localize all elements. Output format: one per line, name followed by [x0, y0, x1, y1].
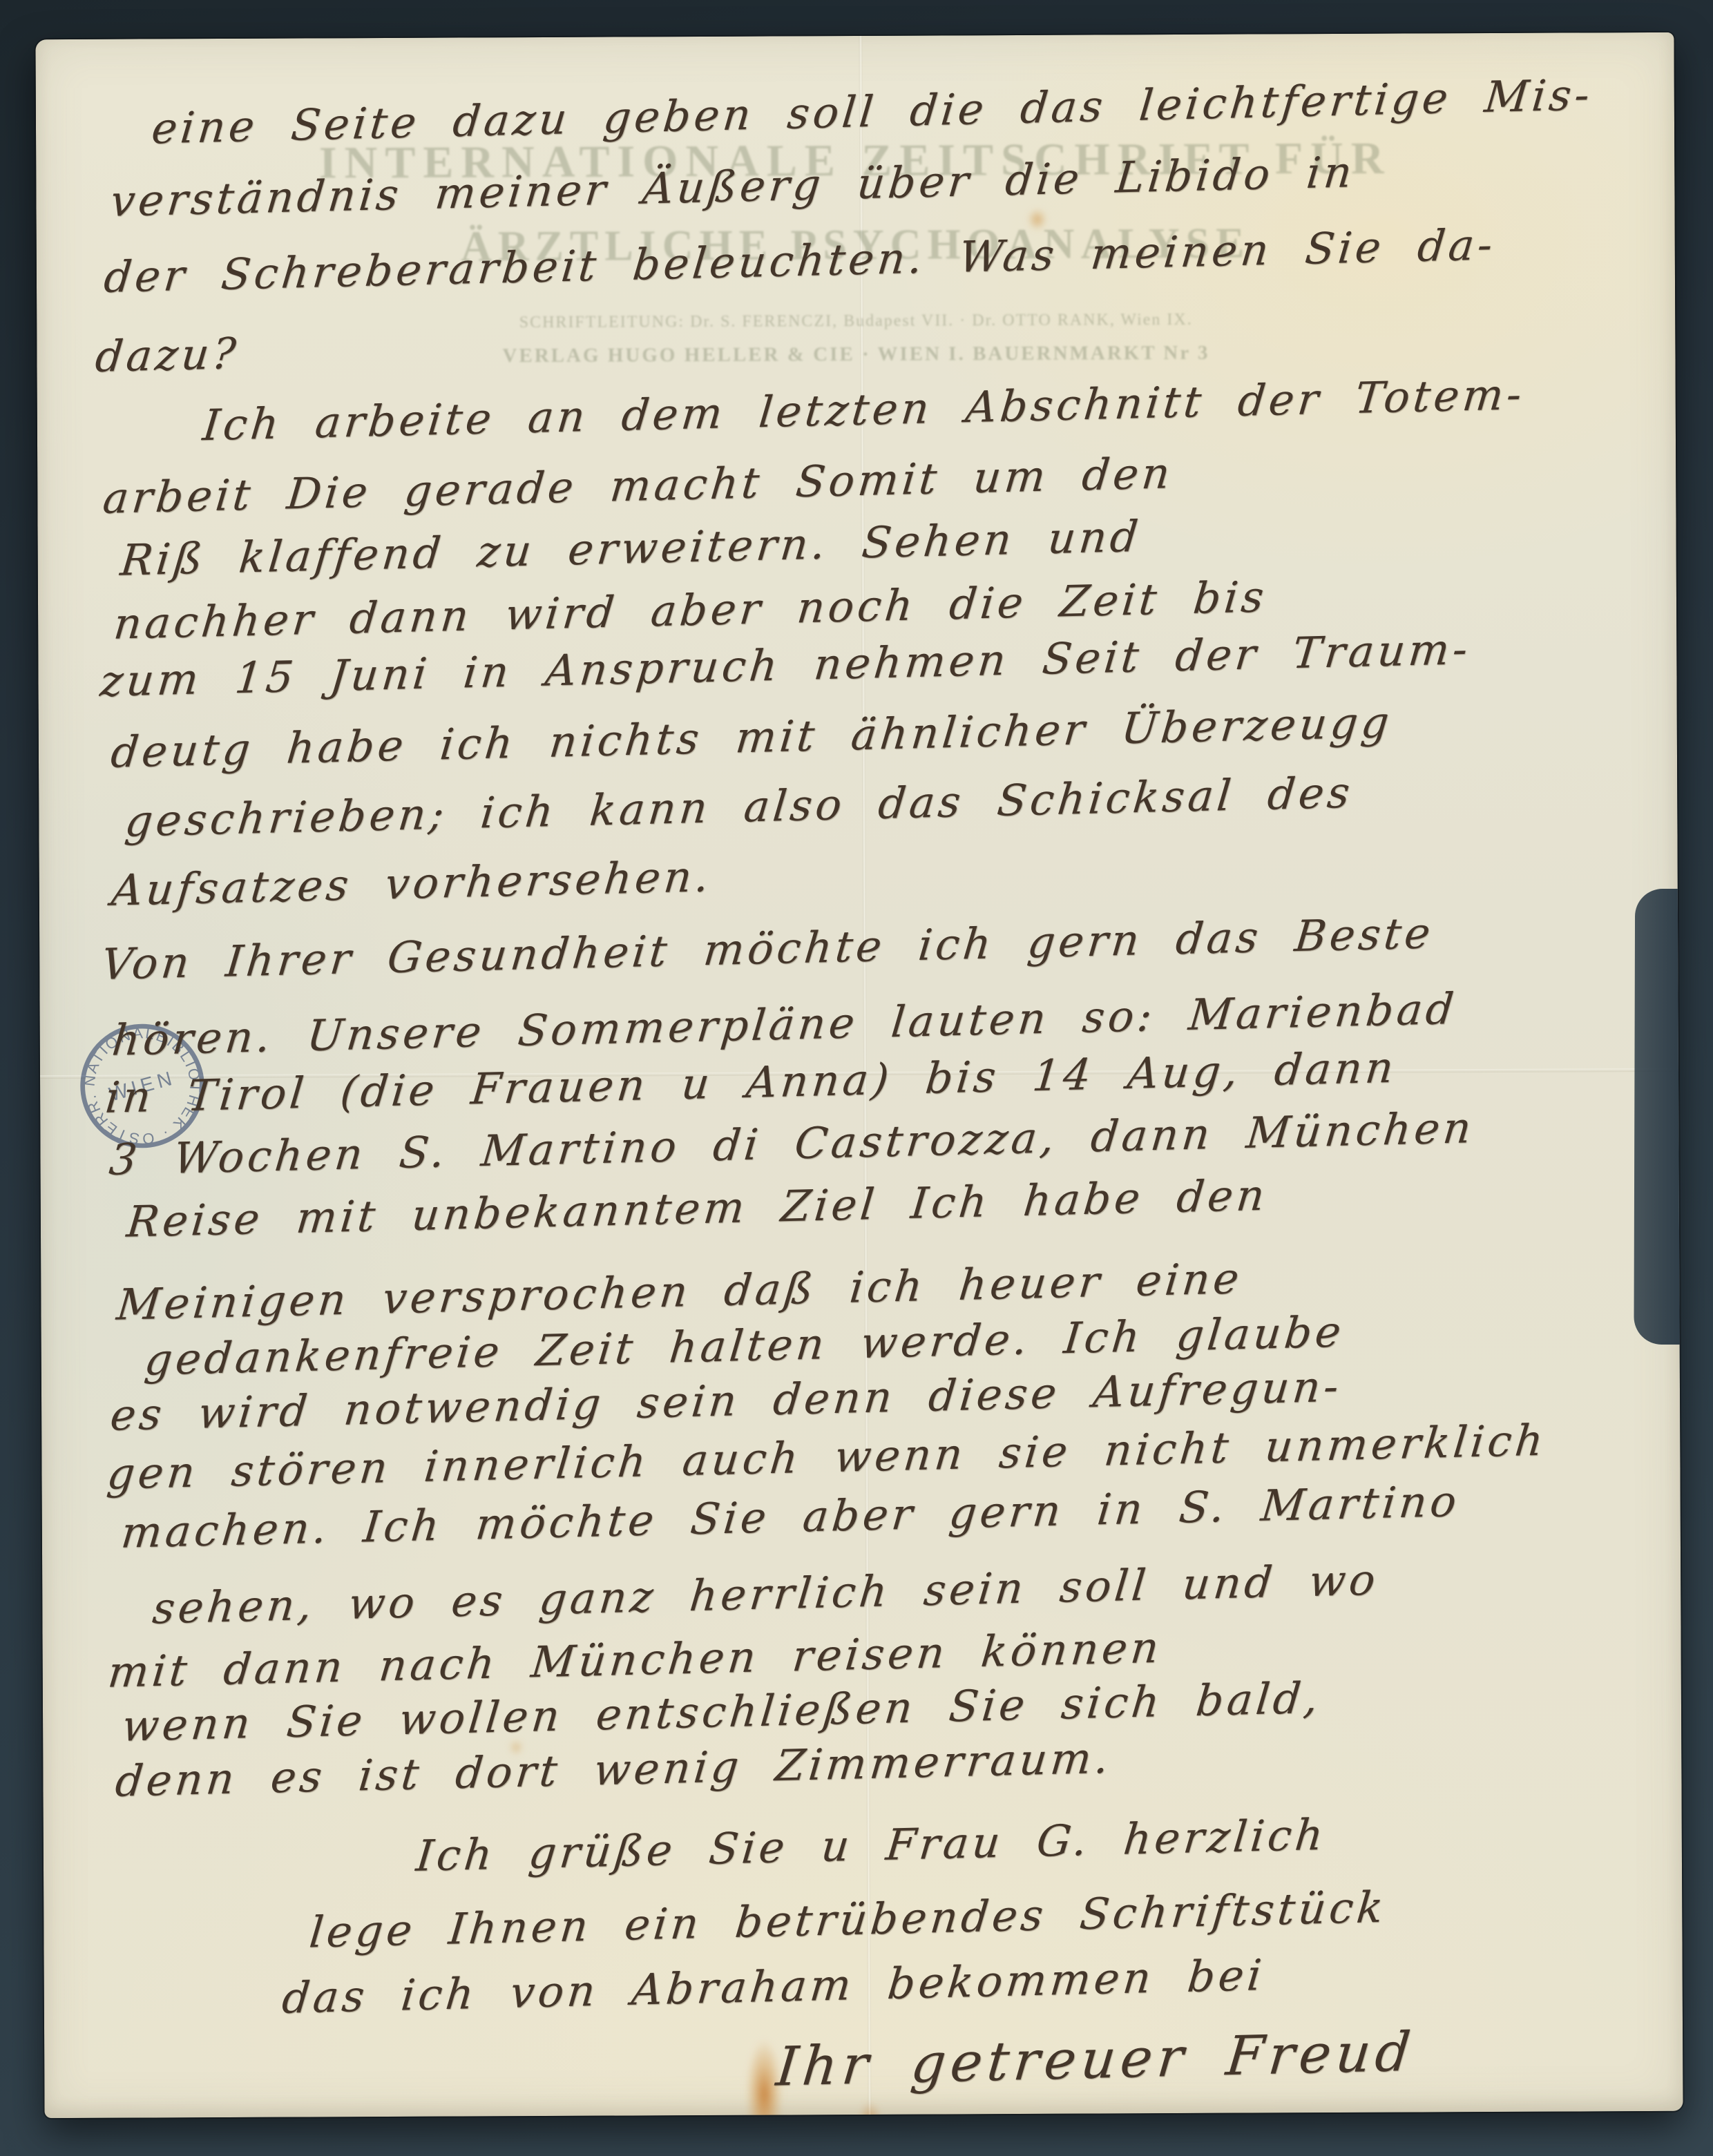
handwriting-line: arbeit Die gerade macht Somit um den — [101, 447, 1176, 523]
handwriting-line: verständnis meiner Äußerg über die Libid… — [108, 146, 1357, 227]
handwriting-line: Von Ihrer Gesundheit möchte ich gern das… — [99, 907, 1436, 990]
handwriting-line: geschrieben; ich kann also das Schicksal… — [123, 767, 1356, 847]
handwriting-line: der Schreberarbeit beleuchten. Was meine… — [102, 219, 1497, 302]
handwriting-block: eine Seite dazu geben soll die das leich… — [35, 32, 1683, 2118]
handwriting-line: deutg habe ich nichts mit ähnlicher Über… — [108, 697, 1395, 778]
scanned-letter-page: INTERNATIONALE ZEITSCHRIFT FÜR ÄRZTLICHE… — [0, 0, 1713, 2156]
handwriting-line: Ich grüße Sie u Frau G. herzlich — [414, 1809, 1328, 1881]
handwriting-line: Reise mit unbekanntem Ziel Ich habe den — [124, 1170, 1270, 1247]
handwriting-line: Ich arbeite an dem letzten Abschnitt der… — [200, 369, 1527, 450]
handwriting-line: eine Seite dazu geben soll die das leich… — [149, 69, 1595, 153]
letter-paper-sheet: INTERNATIONALE ZEITSCHRIFT FÜR ÄRZTLICHE… — [35, 32, 1683, 2118]
handwriting-line: Aufsatzes vorhersehen. — [109, 851, 714, 916]
handwriting-signature: Ihr getreuer Freud — [774, 2021, 1418, 2099]
handwriting-line: Riß klaffend zu erweitern. Sehen und — [118, 511, 1144, 586]
handwriting-line: sehen, wo es ganz herrlich sein soll und… — [151, 1555, 1381, 1634]
handwriting-line: dazu? — [93, 328, 242, 382]
handwriting-line: das ich von Abraham bekommen bei — [280, 1950, 1267, 2023]
handwriting-line: lege Ihnen ein betrübendes Schriftstück — [307, 1882, 1389, 1958]
